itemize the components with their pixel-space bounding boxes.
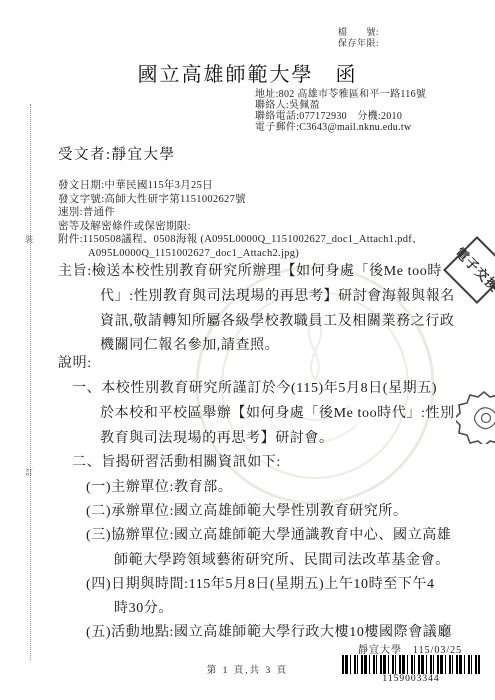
footer-recipient-date: 靜宜大學 115/03/25 <box>358 641 462 656</box>
official-document-page: 裝 訂 檔 號: 保存年限: 國立高雄師範大學 函 地址:802 高雄市苓雅區和… <box>0 0 495 700</box>
barcode <box>342 655 480 674</box>
document-title: 國立高雄師範大學 函 <box>0 58 495 87</box>
recipient-line: 受文者:靜宜大學 <box>58 143 176 164</box>
sender-phone: 聯絡電話:077172930 分機:2010 <box>255 111 402 122</box>
subject-line: 機關同仁報名參加,請查照。 <box>100 334 279 354</box>
attachment-line-1: 附件:1150508議程、0508海報 (A095L0000Q_11510026… <box>58 233 423 247</box>
security-class: 密等及解密條件或保密期限: <box>58 220 191 234</box>
retention-label: 保存年限: <box>338 38 379 49</box>
explanation-item-1: 教育與司法現場的再思考】研討會。 <box>100 427 334 447</box>
flower-page-seal <box>456 388 495 444</box>
sender-address: 地址:802 高雄市苓雅區和平一路116號 <box>255 89 426 100</box>
sub-item-1: (一)主辦單位:教育部。 <box>86 476 232 496</box>
sender-email: 電子郵件:C3643@mail.nknu.edu.tw <box>255 122 411 133</box>
barcode-number: 1159003344 <box>342 674 480 684</box>
subject-line: 主旨:檢送本校性別教育研究所辦理【如何身處「後Me too時 <box>58 260 442 280</box>
sub-item-4: (四)日期與時間:115年5月8日(星期五)上午10時至下午4 <box>86 573 435 593</box>
sub-item-3: (三)協辦單位:國立高雄師範大學通識教育中心、國立高雄 <box>86 524 451 544</box>
sender-contact: 聯絡人:吳佩盈 <box>255 100 320 111</box>
explanation-item-2: 二、旨揭研習活動相關資訊如下: <box>72 451 281 471</box>
binding-char-top: 裝 <box>25 234 33 245</box>
attachment-line-2: A095L0000Q_1151002627_doc1_Attach2.jpg) <box>88 247 299 261</box>
sub-item-3: 師範大學跨領域藝術研究所、民間司法改革基金會。 <box>114 549 450 569</box>
explanation-item-1: 於本校和平校區舉辦【如何身處「後Me too時代」:性別 <box>100 402 455 422</box>
subject-line: 代」:性別教育與司法現場的再思考】研討會海報與報名 <box>100 285 455 305</box>
sub-item-4: 時30分。 <box>114 597 173 617</box>
sub-item-2: (二)承辦單位:國立高雄師範大學性別教育研究所。 <box>86 500 408 520</box>
explanation-item-1: 一、本校性別教育研究所謹訂於今(115)年5月8日(星期五) <box>72 377 437 397</box>
sub-item-5: (五)活動地點:國立高雄師範大學行政大樓10樓國際會議廳 <box>86 621 452 641</box>
speed-class: 速別:普通件 <box>58 206 115 220</box>
issue-date: 發文日期:中華民國115年3月25日 <box>58 179 213 193</box>
binding-dotted-line <box>30 104 31 660</box>
file-number-label: 檔 號: <box>338 27 379 38</box>
electronic-exchange-stamp: 電子交換 <box>453 246 495 294</box>
subject-line: 資訊,敬請轉知所屬各級學校教職員工及相關業務之行政 <box>100 310 455 330</box>
explanation-heading: 說明: <box>58 352 92 372</box>
binding-char-mid: 訂 <box>25 467 33 478</box>
doc-number: 發文字號:高師大性研字第1151002627號 <box>58 193 246 207</box>
